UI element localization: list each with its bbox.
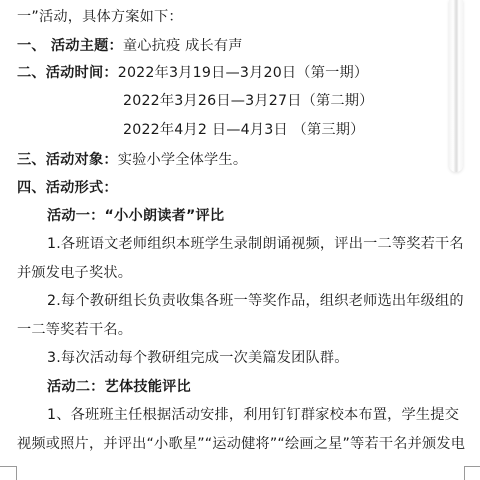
form-heading: 四、活动形式： [17,178,118,198]
time-label: 二、活动时间： [17,65,118,81]
paragraph-line: 1.各班语文老师组织本班学生录制朗诵视频，评出一二等奖若干名 [47,234,464,254]
time-line: 二、活动时间：2022年3月19日—3月20日（第一期） [17,63,368,83]
page-corner-mark-right [464,466,480,480]
theme-label: 一、 活动主题： [17,38,123,54]
page-corner-mark-left [0,466,17,480]
paragraph-line: 并颁发电子奖状。 [17,263,132,283]
vertical-scrollbar[interactable] [449,0,463,172]
document-page: 一”活动，具体方案如下： 一、 活动主题：童心抗疫 成长有声 二、活动时间：20… [0,0,448,480]
theme-line: 一、 活动主题：童心抗疫 成长有声 [17,36,243,56]
target-line: 三、活动对象：实验小学全体学生。 [17,150,247,170]
time-period-2: 2022年3月26日—3月27日（第二期） [123,91,374,111]
target-value: 实验小学全体学生。 [118,152,248,168]
theme-value: 童心抗疫 成长有声 [123,38,243,54]
paragraph-line: 3.每次活动每个教研组完成一次美篇发团队群。 [47,348,349,368]
activity-two-heading: 活动二：艺体技能评比 [47,377,191,397]
time-period-1: 2022年3月19日—3月20日（第一期） [118,65,369,81]
paragraph-line: 视频或照片，并评出“小歌星”“运动健将”“绘画之星”等若干名并颁发电 [17,434,465,454]
paragraph-line: 2.每个教研组长负责收集各班一等奖作品，组织老师选出年级组的 [47,291,464,311]
intro-line: 一”活动，具体方案如下： [17,7,183,27]
target-label: 三、活动对象： [17,152,118,168]
activity-one-heading: 活动一：“小小朗读者”评比 [47,206,224,226]
paragraph-line: 一二等奖若干名。 [17,320,132,340]
time-period-3: 2022年4月2 日—4月3日 （第三期） [123,120,365,140]
paragraph-line: 1、各班班主任根据活动安排，利用钉钉群家校本布置，学生提交 [47,405,459,425]
